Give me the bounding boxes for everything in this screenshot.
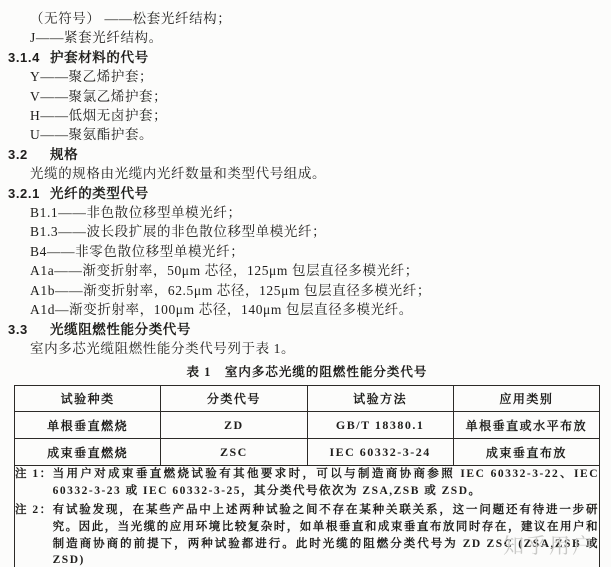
clause-line: B1.3——波长段扩展的非色散位移型单模光纤；	[8, 222, 605, 241]
table-cell: 成束垂直布放	[453, 439, 599, 466]
column-header: 应用类别	[453, 386, 599, 412]
section-number: 3.3	[8, 320, 42, 339]
clause-line: （无符号） ——松套光纤结构；	[8, 9, 605, 28]
section-heading-3-2: 3.2规格	[8, 145, 605, 164]
table-header-row: 试验种类 分类代号 试验方法 应用类别	[15, 386, 600, 412]
section-number: 3.2	[8, 145, 42, 164]
section-heading-3-3: 3.3光缆阻燃性能分类代号	[8, 320, 605, 339]
column-header: 试验种类	[15, 386, 161, 412]
clause-line: J——紧套光纤结构。	[8, 28, 605, 47]
clause-line: B4——非零色散位移型单模光纤；	[8, 242, 605, 261]
table-row: 成束垂直燃烧 ZSC IEC 60332-3-24 成束垂直布放	[15, 439, 600, 466]
table-cell: ZD	[161, 412, 307, 439]
section-heading-3-1-4: 3.1.4护套材料的代号	[8, 48, 605, 67]
clause-line: B1.1——非色散位移型单模光纤；	[8, 203, 605, 222]
clause-line: H——低烟无卤护套；	[8, 106, 605, 125]
clause-line: V——聚氯乙烯护套；	[8, 87, 605, 106]
clause-line: 室内多芯光缆阻燃性能分类代号列于表 1。	[8, 339, 605, 358]
table-row: 单根垂直燃烧 ZD GB/T 18380.1 单根垂直或水平布放	[15, 412, 600, 439]
note-text: 当用户对成束垂直燃烧试验有其他要求时，可以与制造商协商参照 IEC 60332-…	[53, 466, 599, 500]
table-cell: 单根垂直燃烧	[15, 412, 161, 439]
clause-line: Y——聚乙烯护套；	[8, 67, 605, 86]
document-page: （无符号） ——松套光纤结构； J——紧套光纤结构。 3.1.4护套材料的代号 …	[0, 0, 611, 567]
clause-line: A1b——渐变折射率，62.5μm 芯径，125μm 包层直径多模光纤；	[8, 281, 605, 300]
clause-line: A1d—渐变折射率，100μm 芯径，140μm 包层直径多模光纤。	[8, 300, 605, 319]
section-title: 规格	[50, 147, 78, 162]
zhihu-user-watermark: 知乎用户	[503, 530, 595, 560]
clause-line: 光缆的规格由光缆内光纤数量和类型代号组成。	[8, 164, 605, 183]
section-number: 3.1.4	[8, 48, 42, 67]
column-header: 试验方法	[307, 386, 453, 412]
table-note-1: 注 1： 当用户对成束垂直燃烧试验有其他要求时，可以与制造商协商参照 IEC 6…	[15, 466, 599, 500]
section-heading-3-2-1: 3.2.1光纤的类型代号	[8, 184, 605, 203]
section-title: 光缆阻燃性能分类代号	[50, 322, 191, 337]
section-title: 光纤的类型代号	[50, 186, 149, 201]
column-header: 分类代号	[161, 386, 307, 412]
clause-line: U——聚氨酯护套。	[8, 125, 605, 144]
table-title: 表 1 室内多芯光缆的阻燃性能分类代号	[14, 362, 600, 380]
note-label: 注 2：	[15, 502, 53, 567]
table-cell: 单根垂直或水平布放	[453, 412, 599, 439]
table-cell: IEC 60332-3-24	[307, 439, 453, 466]
table-cell: 成束垂直燃烧	[15, 439, 161, 466]
note-label: 注 1：	[15, 466, 53, 500]
table-cell: ZSC	[161, 439, 307, 466]
section-number: 3.2.1	[8, 184, 42, 203]
clause-line: A1a——渐变折射率，50μm 芯径，125μm 包层直径多模光纤；	[8, 261, 605, 280]
table-cell: GB/T 18380.1	[307, 412, 453, 439]
section-title: 护套材料的代号	[50, 50, 149, 65]
